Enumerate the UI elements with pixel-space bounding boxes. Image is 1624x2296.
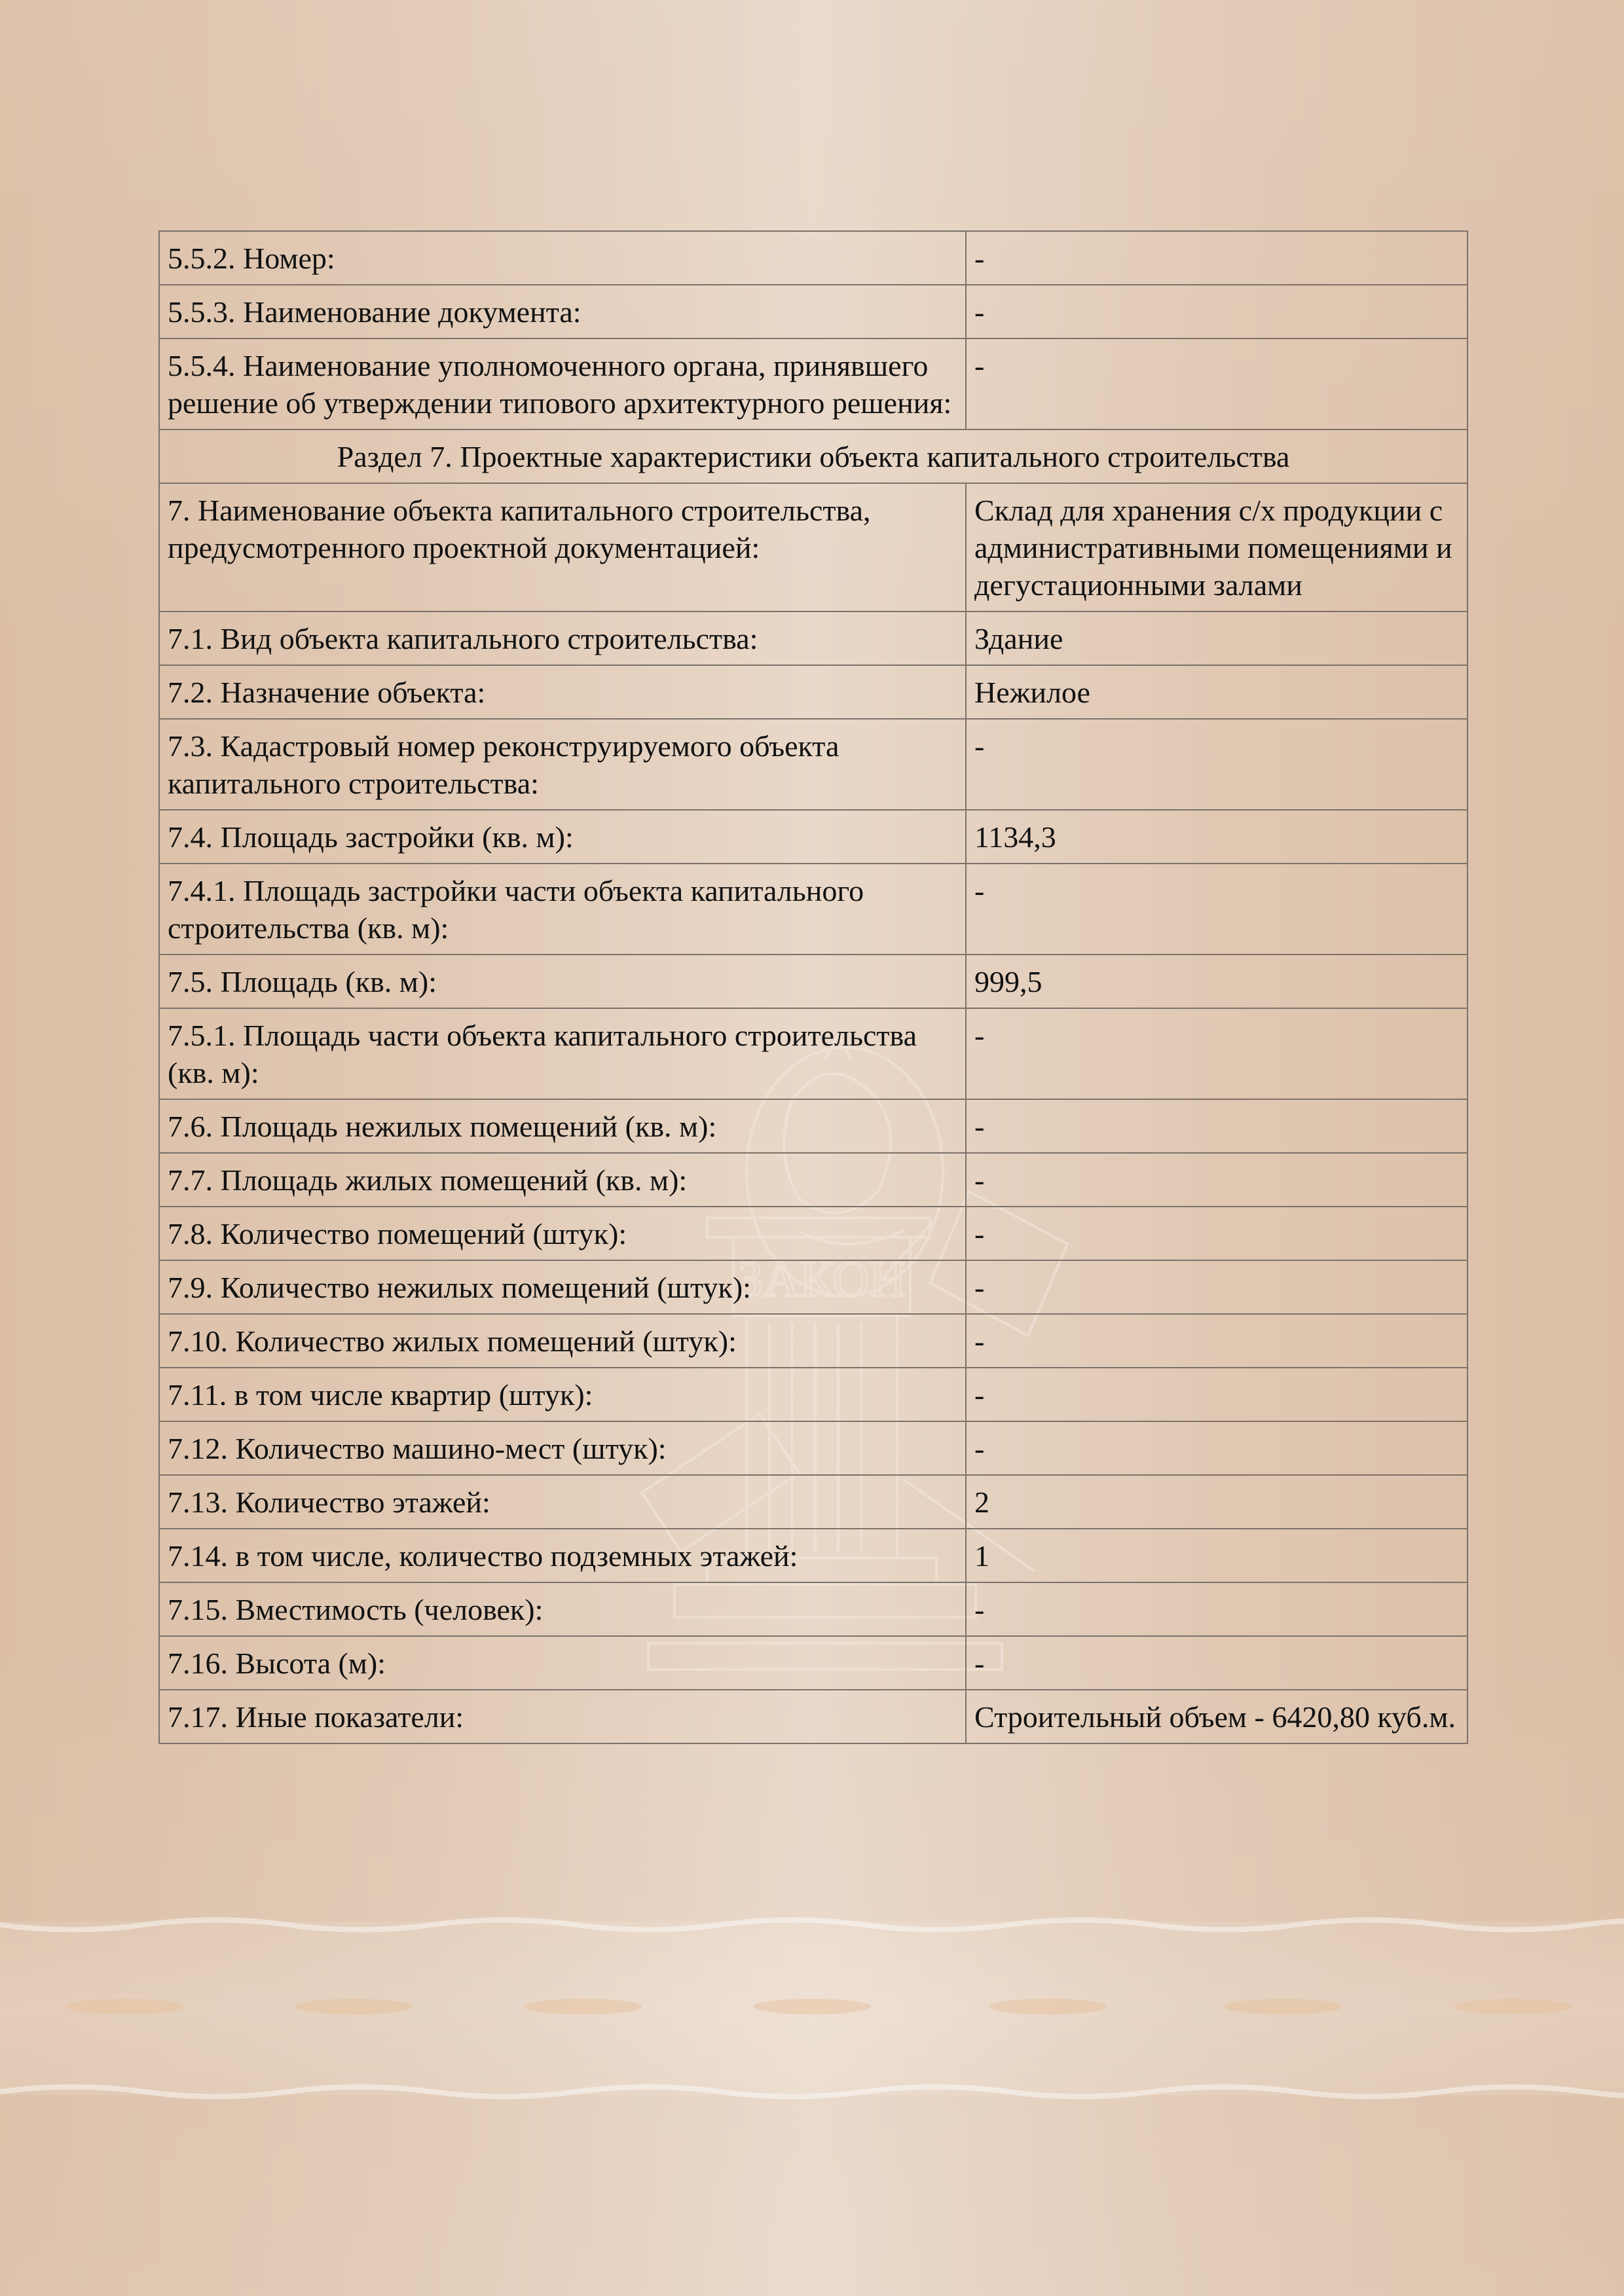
row-label: 7.13. Количество этажей: <box>159 1475 966 1529</box>
row-value: - <box>966 1099 1467 1153</box>
row-label: 7.14. в том числе, количество подземных … <box>159 1529 966 1582</box>
row-value: - <box>966 719 1467 810</box>
row-value: - <box>966 1314 1467 1368</box>
row-value: - <box>966 285 1467 338</box>
row-value: Здание <box>966 611 1467 665</box>
table-row: 7.5. Площадь (кв. м):999,5 <box>159 955 1467 1008</box>
row-label: 7.4. Площадь застройки (кв. м): <box>159 810 966 864</box>
row-label: 5.5.2. Номер: <box>159 231 966 285</box>
row-value: - <box>966 1636 1467 1690</box>
row-value: Строительный объем - 6420,80 куб.м. <box>966 1690 1467 1743</box>
row-value: 1134,3 <box>966 810 1467 864</box>
row-value: 999,5 <box>966 955 1467 1008</box>
row-label: 7.11. в том числе квартир (штук): <box>159 1368 966 1421</box>
table-row: 7.16. Высота (м):- <box>159 1636 1467 1690</box>
row-label: 7.4.1. Площадь застройки части объекта к… <box>159 864 966 955</box>
row-value: - <box>966 1153 1467 1207</box>
row-label: 7.5.1. Площадь части объекта капитальног… <box>159 1008 966 1099</box>
row-value: 2 <box>966 1475 1467 1529</box>
row-label: 7.6. Площадь нежилых помещений (кв. м): <box>159 1099 966 1153</box>
row-label: 7.1. Вид объекта капитального строительс… <box>159 611 966 665</box>
row-label: 7. Наименование объекта капитального стр… <box>159 483 966 611</box>
table-row: 7.14. в том числе, количество подземных … <box>159 1529 1467 1582</box>
row-value: - <box>966 1421 1467 1475</box>
table-row: 7.12. Количество машино-мест (штук):- <box>159 1421 1467 1475</box>
row-value: - <box>966 1582 1467 1636</box>
row-value: - <box>966 231 1467 285</box>
section-title: Раздел 7. Проектные характеристики объек… <box>159 429 1467 483</box>
row-value: - <box>966 1368 1467 1421</box>
row-value: - <box>966 338 1467 429</box>
table-row: 5.5.3. Наименование документа: - <box>159 285 1467 338</box>
table-row: 5.5.2. Номер: - <box>159 231 1467 285</box>
table-row: 7.17. Иные показатели:Строительный объем… <box>159 1690 1467 1743</box>
row-value: - <box>966 864 1467 955</box>
table-row: 7.6. Площадь нежилых помещений (кв. м):- <box>159 1099 1467 1153</box>
table-row: 7.2. Назначение объекта:Нежилое <box>159 665 1467 719</box>
row-label: 7.9. Количество нежилых помещений (штук)… <box>159 1260 966 1314</box>
row-label: 7.7. Площадь жилых помещений (кв. м): <box>159 1153 966 1207</box>
row-label: 7.3. Кадастровый номер реконструируемого… <box>159 719 966 810</box>
table-row: 7.5.1. Площадь части объекта капитальног… <box>159 1008 1467 1099</box>
table-row: 7.7. Площадь жилых помещений (кв. м):- <box>159 1153 1467 1207</box>
table-row: 7.3. Кадастровый номер реконструируемого… <box>159 719 1467 810</box>
row-label: 7.2. Назначение объекта: <box>159 665 966 719</box>
characteristics-table: 5.5.2. Номер: - 5.5.3. Наименование доку… <box>158 230 1468 1744</box>
table-row: 7.9. Количество нежилых помещений (штук)… <box>159 1260 1467 1314</box>
row-value: Склад для хранения с/х продукции с админ… <box>966 483 1467 611</box>
row-value: - <box>966 1260 1467 1314</box>
row-label: 7.12. Количество машино-мест (штук): <box>159 1421 966 1475</box>
table-row: 7.10. Количество жилых помещений (штук):… <box>159 1314 1467 1368</box>
row-value: Нежилое <box>966 665 1467 719</box>
table-row: 7.8. Количество помещений (штук):- <box>159 1207 1467 1260</box>
row-label: 7.16. Высота (м): <box>159 1636 966 1690</box>
table-row: 7.11. в том числе квартир (штук):- <box>159 1368 1467 1421</box>
table-row: 5.5.4. Наименование уполномоченного орга… <box>159 338 1467 429</box>
section-header-row: Раздел 7. Проектные характеристики объек… <box>159 429 1467 483</box>
table-row: 7.4. Площадь застройки (кв. м):1134,3 <box>159 810 1467 864</box>
row-label: 5.5.3. Наименование документа: <box>159 285 966 338</box>
table-row: 7.1. Вид объекта капитального строительс… <box>159 611 1467 665</box>
table-row: 7.15. Вместимость (человек):- <box>159 1582 1467 1636</box>
row-label: 7.5. Площадь (кв. м): <box>159 955 966 1008</box>
row-value: - <box>966 1207 1467 1260</box>
table-row: 7.4.1. Площадь застройки части объекта к… <box>159 864 1467 955</box>
row-label: 7.10. Количество жилых помещений (штук): <box>159 1314 966 1368</box>
row-value: - <box>966 1008 1467 1099</box>
row-label: 7.17. Иные показатели: <box>159 1690 966 1743</box>
table-row: 7.13. Количество этажей:2 <box>159 1475 1467 1529</box>
decorative-band <box>0 1922 1624 2095</box>
table-row: 7. Наименование объекта капитального стр… <box>159 483 1467 611</box>
row-value: 1 <box>966 1529 1467 1582</box>
row-label: 7.15. Вместимость (человек): <box>159 1582 966 1636</box>
row-label: 5.5.4. Наименование уполномоченного орга… <box>159 338 966 429</box>
row-label: 7.8. Количество помещений (штук): <box>159 1207 966 1260</box>
